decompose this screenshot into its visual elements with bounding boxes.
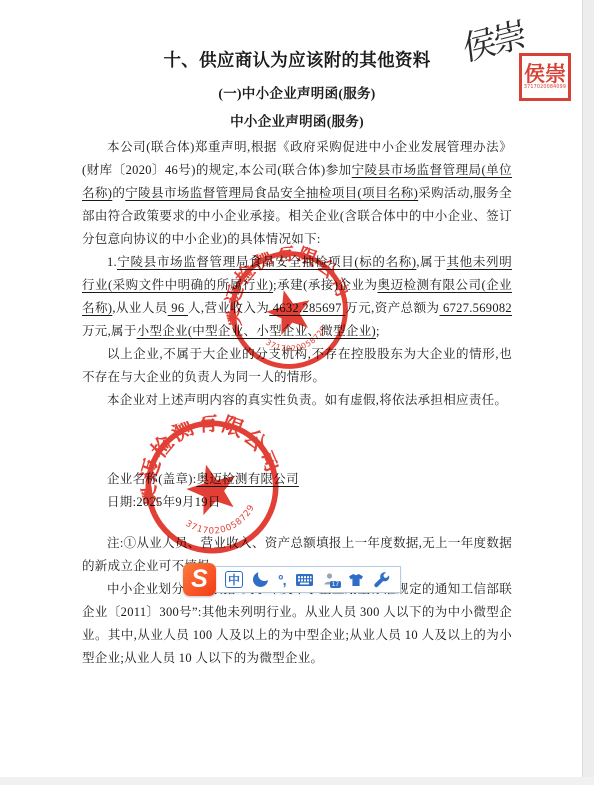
section-subtitle: (一)中小企业声明函(服务) (82, 84, 512, 103)
profile-badge: 17 (330, 581, 340, 588)
page-right-edge (582, 0, 594, 785)
skin-tshirt-icon[interactable] (348, 573, 364, 587)
company-name-line: 企业名称(盖章):奥迈检测有限公司 (82, 468, 512, 491)
notes-block: 注:①从业人员、营业收入、资产总额填报上一年度数据,无上一年度数据的新成立企业可… (82, 532, 512, 670)
paragraph-responsibility: 本企业对上述声明内容的真实性负责。如有虚假,将依法承担相应责任。 (82, 389, 512, 412)
personal-name-seal-stamp: 侯崇 3717020084099 (519, 53, 571, 101)
paragraph-declaration: 本公司(联合体)郑重声明,根据《政府采购促进中小企业发展管理办法》(财库〔202… (82, 136, 512, 251)
page-bottom-edge (0, 777, 594, 785)
seal-number-text: 3717020084099 (524, 85, 566, 91)
chinese-mode-icon[interactable]: 中 (225, 571, 243, 588)
form-heading: 中小企业声明函(服务) (82, 112, 512, 131)
paragraph-enterprise-details: 1.宁陵县市场监督管理局食品安全抽检项目(标的名称),属于其他未列明行业(采购文… (82, 251, 512, 343)
page-title: 十、供应商认为应该附的其他资料 (82, 48, 512, 72)
date-line: 日期:2025年9月19日 (82, 491, 512, 514)
sogou-logo-icon[interactable]: S (183, 563, 216, 596)
ime-statusbar: 中 °, 17 (212, 566, 401, 593)
soft-keyboard-icon[interactable] (296, 574, 313, 586)
toolbox-wrench-icon[interactable] (374, 572, 390, 588)
ime-toolbar: S 中 °, (183, 563, 401, 596)
seal-name-text: 侯崇 (524, 63, 566, 85)
fullwidth-moon-icon[interactable] (253, 572, 268, 587)
document-page: 十、供应商认为应该附的其他资料 (一)中小企业声明函(服务) 中小企业声明函(服… (0, 0, 594, 785)
signature-block: 企业名称(盖章):奥迈检测有限公司 日期:2025年9月19日 (82, 468, 512, 514)
chinese-punctuation-icon[interactable]: °, (278, 572, 286, 588)
paragraph-no-affiliation: 以上企业,不属于大企业的分支机构,不存在控股股东为大企业的情形,也不存在与大企业… (82, 343, 512, 389)
profile-icon[interactable]: 17 (323, 572, 338, 587)
